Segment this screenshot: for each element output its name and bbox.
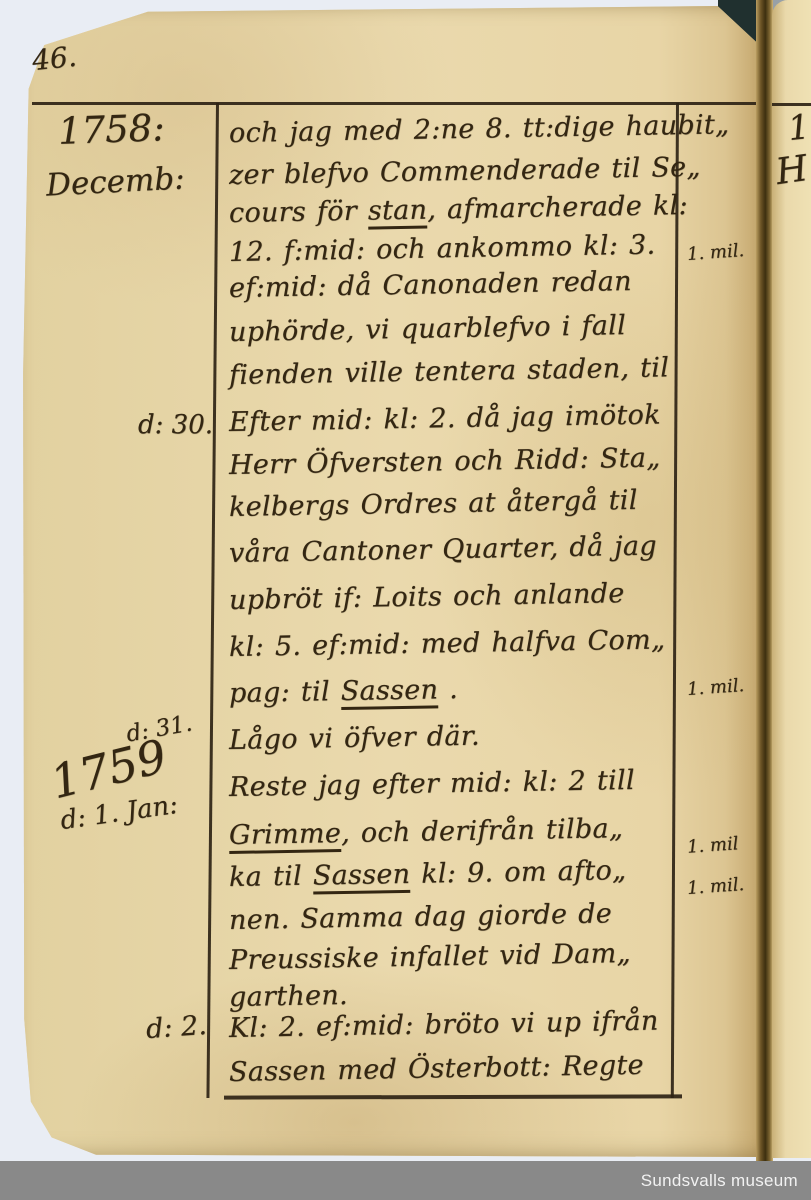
- table-rule-top: [32, 102, 756, 105]
- date-d2: d: 2.: [145, 1010, 208, 1045]
- journal-line-part: , afmarcherade kl:: [427, 190, 688, 226]
- date-december: Decemb:: [45, 160, 185, 203]
- date-d30: d: 30.: [138, 410, 213, 440]
- journal-line-part: , och derifrån tilba„: [341, 813, 624, 849]
- next-page-fragment: 1: [786, 107, 811, 149]
- journal-line: garthen.: [229, 980, 348, 1013]
- watermark-bar: Sundsvalls museum: [0, 1161, 811, 1200]
- binding-crease: [756, 0, 773, 1161]
- journal-line-part: kl: 9. om afto„: [410, 855, 627, 890]
- margin-note-mil: 1. mil.: [686, 675, 745, 700]
- page-number: 46.: [30, 40, 78, 77]
- margin-note-mil: 1. mil.: [686, 240, 745, 265]
- next-page-sliver: 1 H: [772, 0, 811, 1158]
- underlined-place-name: Grimme: [229, 818, 342, 854]
- journal-line-part: ka til: [229, 861, 313, 893]
- journal-line-part: pag: til: [229, 676, 341, 709]
- watermark-credit: Sundsvalls museum: [641, 1171, 811, 1191]
- journal-line-part: .: [438, 674, 458, 705]
- manuscript-photo: 46. 1758: Decemb: d: 30. d: 31. 1759 d: …: [0, 0, 811, 1200]
- underlined-place-name: Sassen: [340, 674, 438, 710]
- margin-note-mil: 1. mil.: [686, 874, 745, 899]
- underlined-place-name: stan: [368, 195, 428, 230]
- journal-line-part: cours för: [229, 196, 368, 229]
- underlined-place-name: Sassen: [313, 859, 411, 895]
- next-page-fragment: H: [773, 148, 810, 193]
- next-page-rule: [772, 103, 811, 106]
- margin-note-mil: 1. mil: [686, 833, 739, 858]
- journal-line: pag: til Sassen .: [229, 674, 459, 709]
- date-year-1758: 1758:: [57, 106, 165, 153]
- journal-line: Lågo vi öfver där.: [229, 721, 480, 756]
